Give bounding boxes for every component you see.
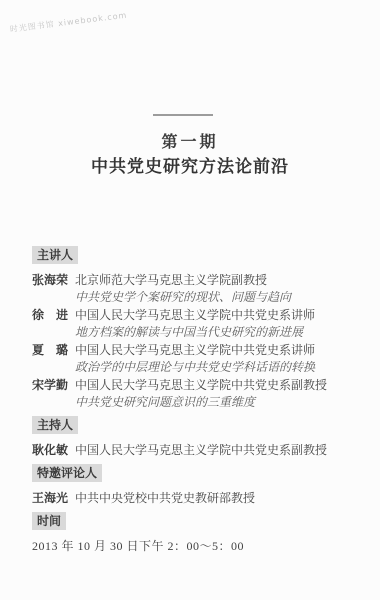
speaker-entry: 徐 进 中国人民大学马克思主义学院中共党史系讲师 地方档案的解读与中国当代史研究… [32, 307, 354, 341]
speaker-name: 夏 璐 [32, 342, 75, 359]
issue-number: 第一期 [0, 129, 380, 152]
section-label-speakers: 主讲人 [32, 246, 78, 264]
speaker-row: 张海荣 北京师范大学马克思主义学院副教授 [32, 272, 354, 289]
section-label-commentator: 特邀评论人 [32, 464, 102, 482]
watermark: 时光图书馆 xiwebook.com [9, 10, 128, 35]
speaker-row: 徐 进 中国人民大学马克思主义学院中共党史系讲师 [32, 307, 354, 324]
speaker-affiliation: 中国人民大学马克思主义学院中共党史系讲师 [75, 342, 315, 359]
speaker-topic: 地方档案的解读与中国当代史研究的新进展 [75, 324, 354, 341]
speaker-row: 夏 璐 中国人民大学马克思主义学院中共党史系讲师 [32, 342, 354, 359]
document-page: 时光图书馆 xiwebook.com 第一期 中共党史研究方法论前沿 主讲人 张… [0, 0, 380, 600]
speaker-affiliation: 中国人民大学马克思主义学院中共党史系讲师 [75, 307, 315, 324]
speaker-entry: 宋学勤 中国人民大学马克思主义学院中共党史系副教授 中共党史研究问题意识的三重维… [32, 377, 354, 411]
section-label-host: 主持人 [32, 416, 78, 434]
speaker-entry: 夏 璐 中国人民大学马克思主义学院中共党史系讲师 政治学的中层理论与中共党史学科… [32, 342, 354, 376]
title-divider [153, 114, 213, 116]
speaker-entry: 张海荣 北京师范大学马克思主义学院副教授 中共党史学个案研究的现状、问题与趋向 [32, 272, 354, 306]
event-time: 2013 年 10 月 30 日下午 2：00～5：00 [32, 538, 354, 555]
speaker-topic: 政治学的中层理论与中共党史学科话语的转换 [75, 359, 354, 376]
page-title: 中共党史研究方法论前沿 [0, 152, 380, 177]
speaker-topic: 中共党史学个案研究的现状、问题与趋向 [75, 289, 354, 306]
speaker-name: 徐 进 [32, 307, 75, 324]
speaker-affiliation: 北京师范大学马克思主义学院副教授 [75, 272, 267, 289]
commentator-row: 王海光 中共中央党校中共党史教研部教授 [32, 490, 354, 507]
speaker-topic: 中共党史研究问题意识的三重维度 [75, 394, 354, 411]
host-name: 耿化敏 [32, 442, 75, 459]
content: 主讲人 张海荣 北京师范大学马克思主义学院副教授 中共党史学个案研究的现状、问题… [32, 246, 354, 555]
commentator-name: 王海光 [32, 490, 75, 507]
speaker-row: 宋学勤 中国人民大学马克思主义学院中共党史系副教授 [32, 377, 354, 394]
host-affiliation: 中国人民大学马克思主义学院中共党史系副教授 [75, 442, 327, 459]
commentator-affiliation: 中共中央党校中共党史教研部教授 [75, 490, 255, 507]
speaker-name: 张海荣 [32, 272, 75, 289]
section-label-time: 时间 [32, 512, 66, 530]
speaker-affiliation: 中国人民大学马克思主义学院中共党史系副教授 [75, 377, 327, 394]
speaker-name: 宋学勤 [32, 377, 75, 394]
host-row: 耿化敏 中国人民大学马克思主义学院中共党史系副教授 [32, 442, 354, 459]
